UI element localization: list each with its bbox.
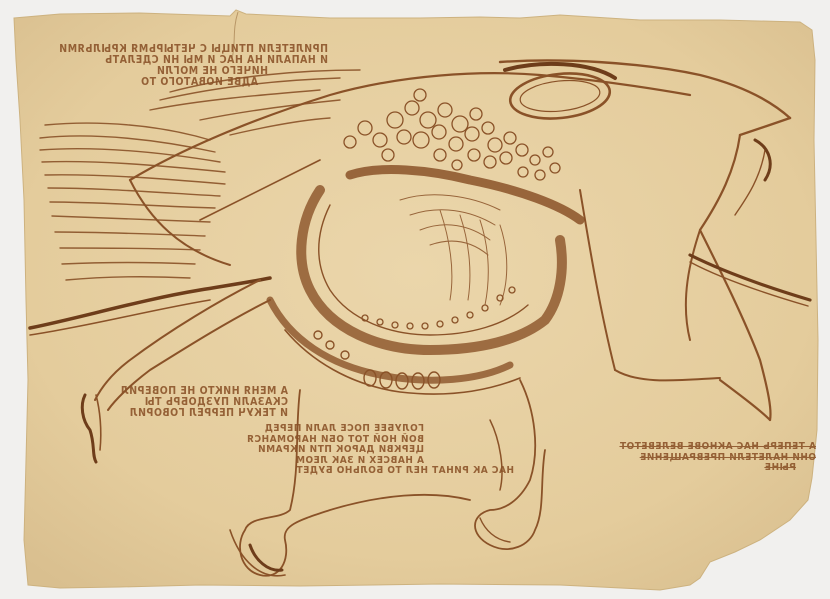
inscription-line: ГОЛУБЕЕ ПОСЕ ЛАЛИ ПЕРЕД [247, 424, 514, 435]
inscription-line: АДВЕ ИОВАТОГО ТО [59, 77, 328, 88]
inscription-center-bottom: ГОЛУБЕЕ ПОСЕ ЛАЛИ ПЕРЕД ВОЙ НОЙ ТОТ ОБИ … [247, 424, 514, 477]
paper-sheet [14, 10, 818, 590]
inscription-line: ЦЕРКВИ ДАРОК ПТИ ИКРАМИ [247, 445, 514, 456]
inscription-line: И ТЕКУЧ ПЕРРЕЛ ГОВОРИЛ [120, 408, 288, 419]
artwork-canvas: ПРИЛЕТЕЛИ ПТИЦЫ С ЧЕТЫРЬМЯ КРЫЛЬЯМИ И НА… [0, 0, 830, 599]
inscription-line: А ТЕПЕРЬ НАС АКНОВЕ ВЕЛЕВЕТОТ [619, 442, 816, 453]
inscription-right-crossed: А ТЕПЕРЬ НАС АКНОВЕ ВЕЛЕВЕТОТ ОНИ НАЛЕТЕ… [619, 442, 816, 474]
inscription-middle-left: А МЕНЯ НИКТО НЕ ПОВЕРИЛ СКАЗАЛИ ПУЗДОБРЬ… [120, 386, 288, 419]
inscription-line: РЫНЕ [619, 463, 816, 474]
drawing-svg [0, 0, 830, 599]
inscription-top-left: ПРИЛЕТЕЛИ ПТИЦЫ С ЧЕТЫРЬМЯ КРЫЛЬЯМИ И НА… [59, 44, 328, 88]
inscription-line: НАС АК РИНАТ НЕЛ ТО БОЛЬНО БУДЕТ [247, 466, 514, 477]
